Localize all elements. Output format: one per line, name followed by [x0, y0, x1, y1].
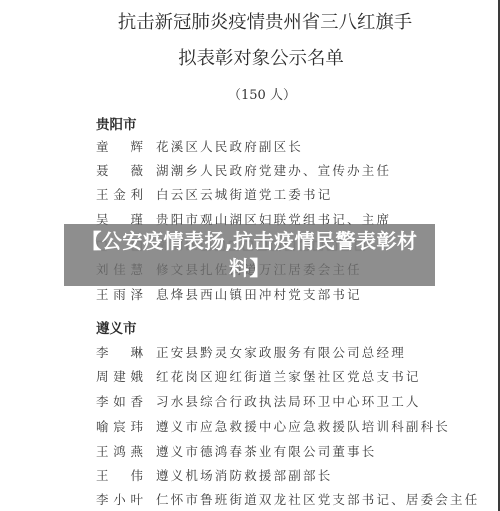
list-item: 李小叶仁怀市鲁班街道双龙社区党支部书记、居委会主任: [96, 490, 479, 508]
honoree-name: 王 伟: [96, 466, 144, 484]
document-title-line2: 拟表彰对象公示名单: [0, 44, 498, 70]
honoree-name: 喻宸玮: [96, 417, 144, 435]
honoree-name: 童 辉: [96, 137, 144, 155]
document-title-line1: 抗击新冠肺炎疫情贵州省三八红旗手: [0, 8, 498, 34]
list-item: 王金利白云区云城街道党工委书记: [96, 185, 332, 203]
region-heading-zunyi: 遵义市: [96, 317, 137, 337]
honoree-position: 红花岗区迎红街道兰家堡社区党总支书记: [156, 367, 421, 385]
list-item: 李如香习水县综合行政执法局环卫中心环卫工人: [96, 392, 421, 410]
list-item: 王鸿燕遵义市德鸿春茶业有限公司董事长: [96, 442, 377, 460]
honoree-name: 王雨泽: [96, 285, 144, 303]
honoree-position: 花溪区人民政府副区长: [156, 137, 303, 155]
list-item: 周建娥红花岗区迎红街道兰家堡社区党总支书记: [96, 367, 421, 385]
honoree-name: 王金利: [96, 185, 144, 203]
list-item: 童 辉花溪区人民政府副区长: [96, 137, 303, 155]
list-item: 聂 薇湖潮乡人民政府党建办、宣传办主任: [96, 161, 391, 179]
total-count: （150 人）: [0, 84, 498, 103]
list-item: 王 伟遵义机场消防救援部副部长: [96, 466, 332, 484]
honoree-position: 习水县综合行政执法局环卫中心环卫工人: [156, 392, 421, 410]
honoree-position: 正安县黔灵女家政服务有限公司总经理: [156, 343, 406, 361]
honoree-position: 遵义市应急救援中心应急救援队培训科副科长: [156, 417, 450, 435]
honoree-name: 李如香: [96, 392, 144, 410]
honoree-position: 息烽县西山镇田冲村党支部书记: [156, 285, 362, 303]
honoree-position: 遵义机场消防救援部副部长: [156, 466, 332, 484]
caption-text: 【公安疫情表扬,抗击疫情民警表彰材料】: [68, 228, 431, 282]
honoree-position: 仁怀市鲁班街道双龙社区党支部书记、居委会主任: [156, 490, 479, 508]
region-heading-guiyang: 贵阳市: [96, 113, 137, 133]
honoree-name: 周建娥: [96, 367, 144, 385]
honoree-name: 王鸿燕: [96, 442, 144, 460]
caption-overlay: 【公安疫情表扬,抗击疫情民警表彰材料】: [64, 224, 435, 286]
honoree-name: 聂 薇: [96, 161, 144, 179]
list-item: 李 琳正安县黔灵女家政服务有限公司总经理: [96, 343, 406, 361]
honoree-position: 湖潮乡人民政府党建办、宣传办主任: [156, 161, 391, 179]
honoree-name: 李 琳: [96, 343, 144, 361]
list-item: 王雨泽息烽县西山镇田冲村党支部书记: [96, 285, 362, 303]
honoree-position: 白云区云城街道党工委书记: [156, 185, 332, 203]
list-item: 喻宸玮遵义市应急救援中心应急救援队培训科副科长: [96, 417, 450, 435]
honoree-name: 李小叶: [96, 490, 144, 508]
honoree-position: 遵义市德鸿春茶业有限公司董事长: [156, 442, 377, 460]
